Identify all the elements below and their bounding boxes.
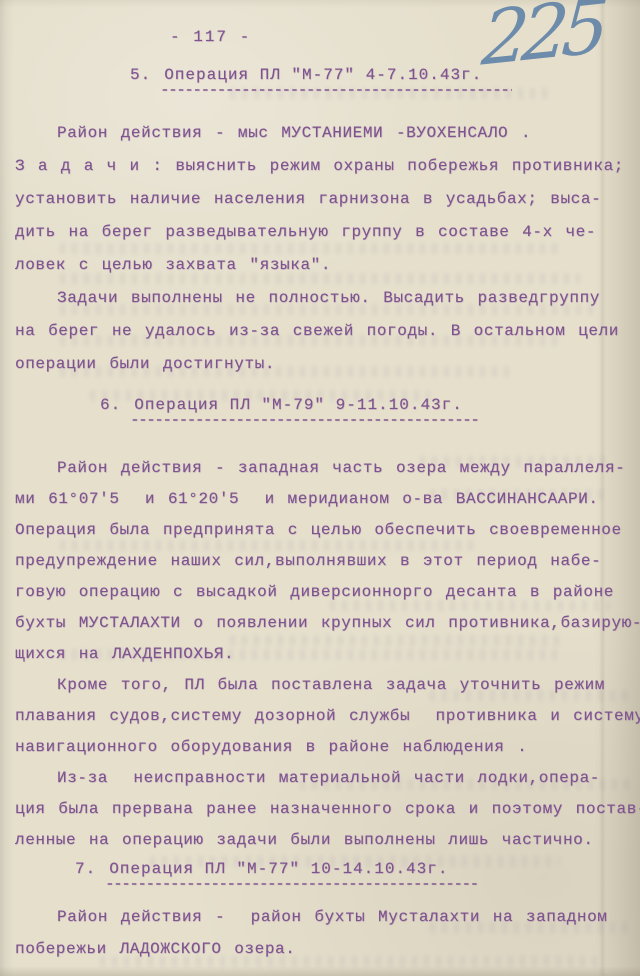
section-5-heading-underline: ----------------------------------------… <box>160 85 512 97</box>
text-line: ция была прервана ранее назначенного сро… <box>0 794 640 825</box>
text-line: дить на берег разведывательную группу в … <box>0 216 640 249</box>
section-6-heading-underline: ----------------------------------------… <box>130 415 480 427</box>
section-7-heading-title: Операция ПЛ "М-77" 10-14.10.43г. <box>109 860 448 878</box>
section-6-heading-number: 6. <box>100 396 121 414</box>
text-line: Из-за неисправности материальной части л… <box>0 763 640 794</box>
text-line: установить наличие населения гарнизона в… <box>0 183 640 216</box>
section-6-heading-title: Операция ПЛ "М-79" 9-11.10.43г. <box>134 396 463 414</box>
text-line: на берег не удалось из-за свежей погоды.… <box>0 315 640 348</box>
text-line: ленные на операцию задачи были выполнены… <box>0 825 640 856</box>
section-operation-5: 5.Операция ПЛ "М-77" 4-7.10.43г. -------… <box>0 66 640 381</box>
text-line: ми 61°07'5 и 61°20'5 и меридианом о-ва В… <box>0 484 640 515</box>
text-line: Район действия - район бухты Мусталахти … <box>0 901 640 933</box>
text-line: навигационного оборудования в районе наб… <box>0 732 640 763</box>
text-line: побережьи ЛАДОЖСКОГО озера. <box>0 933 640 965</box>
text-line: Район действия - мыс МУСТАНИЕМИ -ВУОХЕНС… <box>0 117 640 150</box>
text-line: З а д а ч и : выяснить режим охраны побе… <box>0 150 640 183</box>
text-line: Район действия - западная часть озера ме… <box>0 453 640 484</box>
text-line: операции были достигнуты. <box>0 348 640 381</box>
text-line: плавания судов,систему дозорной службы п… <box>0 701 640 732</box>
section-operation-6: 6.Операция ПЛ "М-79" 9-11.10.43г. ------… <box>0 396 640 856</box>
text-line: щихся на ЛАХДЕНПОХЬЯ. <box>0 639 640 670</box>
scanned-document-page: { "document": { "page_number": "- 117 -"… <box>0 0 640 976</box>
section-7-heading-number: 7. <box>75 860 96 878</box>
text-line: говую операцию с высадкой диверсионнорго… <box>0 577 640 608</box>
text-line: предупреждение наших сил,выполнявших в э… <box>0 546 640 577</box>
section-operation-7: 7.Операция ПЛ "М-77" 10-14.10.43г. -----… <box>0 860 640 965</box>
text-line: бухты МУСТАЛАХТИ о появлении крупных сил… <box>0 608 640 639</box>
section-7-heading-underline: ----------------------------------------… <box>105 879 477 891</box>
text-line: ловек с целью захвата "языка". <box>0 249 640 282</box>
page-number: - 117 - <box>170 28 251 46</box>
text-line: Кроме того, ПЛ была поставлена задача ут… <box>0 670 640 701</box>
handwritten-page-number: 225 <box>479 0 605 83</box>
section-5-heading-title: Операция ПЛ "М-77" 4-7.10.43г. <box>164 66 482 84</box>
text-line: Задачи выполнены не полностью. Высадить … <box>0 282 640 315</box>
section-5-heading-number: 5. <box>130 66 151 84</box>
text-line: Операция была предпринята с целью обеспе… <box>0 515 640 546</box>
document-page: - 117 - 225 5.Операция ПЛ "М-77" 4-7.10.… <box>0 0 640 976</box>
